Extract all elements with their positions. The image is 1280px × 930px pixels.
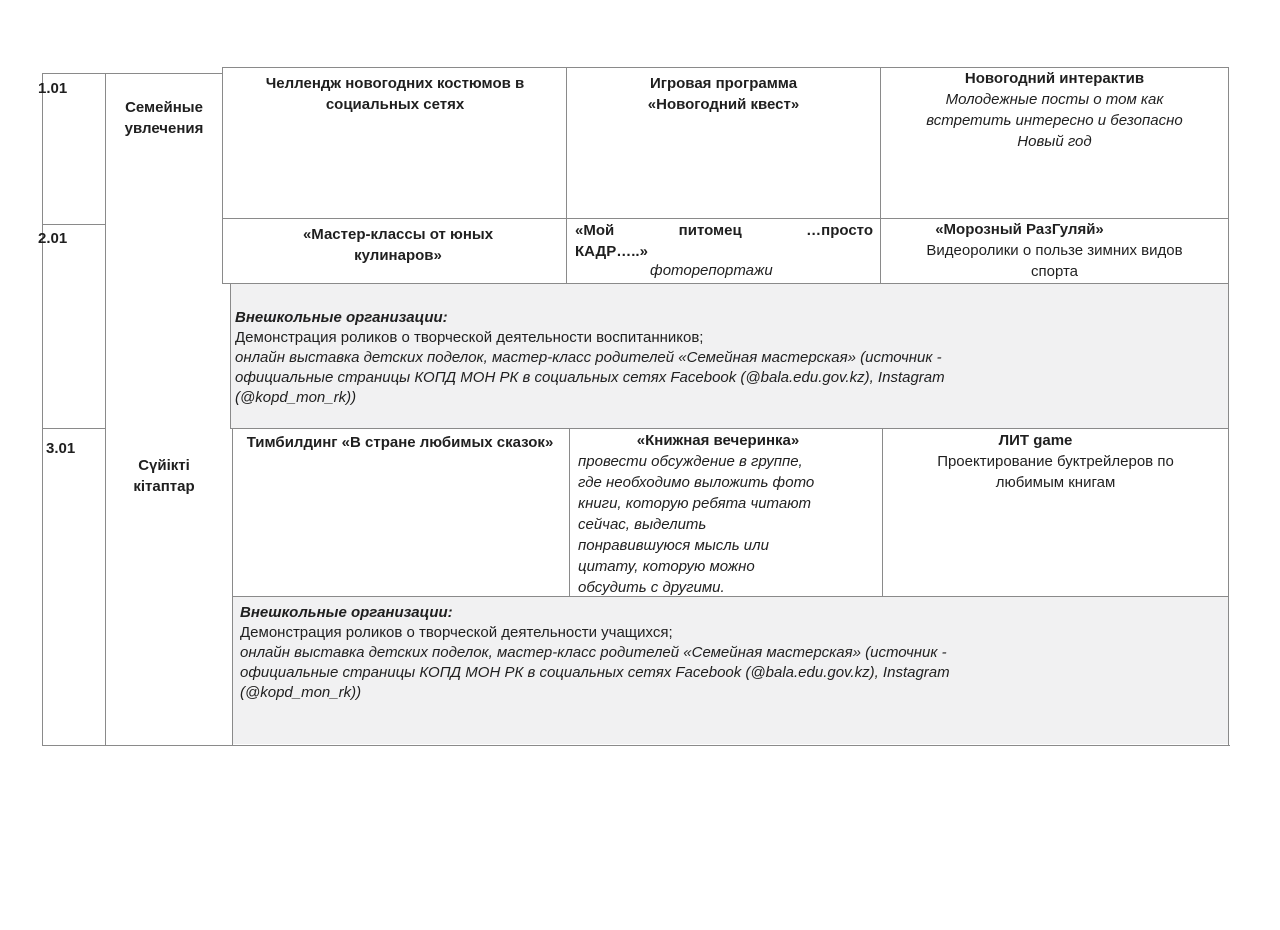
notes-cell: Внешкольные организации: Демонстрация ро… xyxy=(240,603,1225,703)
notes-heading: Внешкольные организации: xyxy=(235,308,1225,328)
activity-title-line: КАДР…..» xyxy=(575,241,873,262)
theme-cell: Сүйікті кітаптар xyxy=(108,455,220,497)
activity-cell: «Морозный РазГуляй» Видеоролики о пользе… xyxy=(881,219,1228,282)
notes-line: онлайн выставка детских поделок, мастер-… xyxy=(240,643,1225,663)
title-word: «Мой xyxy=(575,220,614,241)
activity-title: «Морозный РазГуляй» xyxy=(811,219,1228,240)
activity-cell: «Книжная вечеринка» провести обсуждение … xyxy=(578,430,878,598)
activity-title: «Мастер-классы от юных кулинаров» xyxy=(268,224,528,266)
activity-desc-line: любимым книгам xyxy=(883,472,1228,493)
theme-cell: Семейные увлечения xyxy=(106,97,222,139)
activity-desc-line: Молодежные посты о том как xyxy=(881,89,1228,110)
activity-desc-line: где необходимо выложить фото xyxy=(578,472,878,493)
notes-line: официальные страницы КОПД МОН РК в социа… xyxy=(235,368,1225,388)
notes-heading: Внешкольные организации: xyxy=(240,603,1225,623)
date-cell: 3.01 xyxy=(46,438,101,459)
activity-title-line: «Новогодний квест» xyxy=(567,94,880,115)
date-cell: 1.01 xyxy=(38,78,98,99)
notes-line: Демонстрация роликов о творческой деятел… xyxy=(240,623,1225,643)
activity-desc-line: Новый год xyxy=(881,131,1228,152)
activity-desc-line: книги, которую ребята читают xyxy=(578,493,878,514)
activity-desc-line: обсудить с другими. xyxy=(578,577,878,598)
activity-title: Челлендж новогодних костюмов в социальны… xyxy=(224,73,566,115)
activity-desc: фоторепортажи xyxy=(575,260,873,281)
activity-desc-line: провести обсуждение в группе, xyxy=(578,451,878,472)
notes-line: Демонстрация роликов о творческой деятел… xyxy=(235,328,1225,348)
activity-title: Тимбилдинг «В стране любимых сказок» xyxy=(240,432,560,453)
activity-title-line: Игровая программа xyxy=(567,73,880,94)
activity-title: ЛИТ game xyxy=(843,430,1228,451)
date-cell: 2.01 xyxy=(38,228,98,249)
notes-line: официальные страницы КОПД МОН РК в социа… xyxy=(240,663,1225,683)
activity-desc-line: понравившуюся мысль или xyxy=(578,535,878,556)
activity-cell: ЛИТ game Проектирование буктрейлеров по … xyxy=(883,430,1228,493)
notes-cell: Внешкольные организации: Демонстрация ро… xyxy=(235,308,1225,408)
activity-desc-line: Видеоролики о пользе зимних видов xyxy=(881,240,1228,261)
activity-desc-line: Проектирование буктрейлеров по xyxy=(883,451,1228,472)
activity-title: Игровая программа «Новогодний квест» xyxy=(567,73,880,115)
activity-cell: Новогодний интерактив Молодежные посты о… xyxy=(881,68,1228,152)
activity-desc-line: цитату, которую можно xyxy=(578,556,878,577)
activity-desc-line: встретить интересно и безопасно xyxy=(881,110,1228,131)
notes-line: онлайн выставка детских поделок, мастер-… xyxy=(235,348,1225,368)
activity-title: Новогодний интерактив xyxy=(881,68,1228,89)
activity-desc-line: сейчас, выделить xyxy=(578,514,878,535)
activity-title: «Книжная вечеринка» xyxy=(558,430,878,451)
notes-line: (@kopd_mon_rk)) xyxy=(235,388,1225,408)
title-word: питомец xyxy=(679,220,742,241)
notes-line: (@kopd_mon_rk)) xyxy=(240,683,1225,703)
activity-desc-line: спорта xyxy=(881,261,1228,282)
